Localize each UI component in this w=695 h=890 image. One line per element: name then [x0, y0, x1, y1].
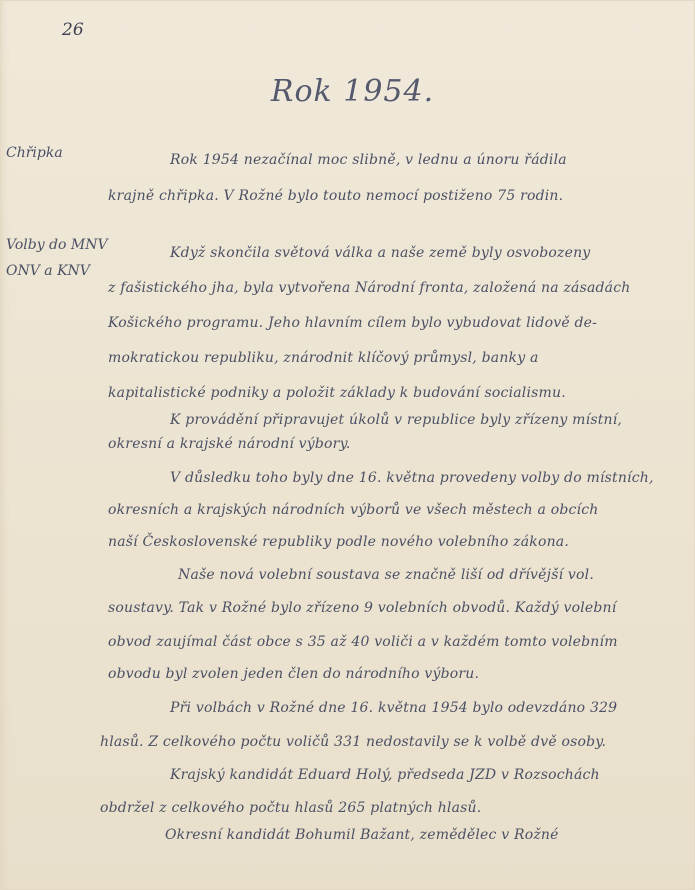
text-line: Rok 1954 nezačínal moc slibně, v lednu a…: [170, 150, 567, 170]
text-line: obvod zaujímal část obce s 35 až 40 voli…: [108, 632, 618, 652]
margin-note-elections: Volby do MNV ONV a KNV: [6, 232, 108, 284]
text-line: okresní a krajské národní výbory.: [108, 434, 350, 454]
page-number: 26: [62, 20, 84, 40]
text-line: Když skončila světová válka a naše země …: [170, 243, 590, 263]
text-line: naší Československé republiky podle nové…: [108, 532, 569, 552]
text-line: Naše nová volební soustava se značně liš…: [178, 565, 594, 585]
text-line: V důsledku toho byly dne 16. května prov…: [170, 468, 654, 488]
text-line: hlasů. Z celkového počtu voličů 331 nedo…: [100, 732, 606, 752]
page-title: Rok 1954.: [0, 74, 695, 109]
text-line: soustavy. Tak v Rožné bylo zřízeno 9 vol…: [108, 598, 616, 618]
text-line: mokratickou republiku, znárodnit klíčový…: [108, 348, 539, 368]
text-line: Při volbách v Rožné dne 16. května 1954 …: [170, 698, 617, 718]
text-line: obdržel z celkového počtu hlasů 265 plat…: [100, 798, 481, 818]
text-line: Krajský kandidát Eduard Holý, předseda J…: [170, 765, 600, 785]
text-line: K provádění připravujet úkolů v republic…: [170, 410, 622, 430]
margin-note-flu: Chřipka: [6, 140, 63, 166]
text-line: okresních a krajských národních výborů v…: [108, 500, 599, 520]
text-line: krajně chřipka. V Rožné bylo touto nemoc…: [108, 186, 563, 206]
text-line: obvodu byl zvolen jeden člen do národníh…: [108, 664, 479, 684]
text-line: Okresní kandidát Bohumil Bažant, zeměděl…: [165, 825, 559, 845]
text-line: kapitalistické podniky a položit základy…: [108, 383, 566, 403]
text-line: Košického programu. Jeho hlavním cílem b…: [108, 313, 597, 333]
manuscript-page: 26 Rok 1954. Chřipka Volby do MNV ONV a …: [0, 0, 695, 890]
text-line: z fašistického jha, byla vytvořena Národ…: [108, 278, 631, 298]
